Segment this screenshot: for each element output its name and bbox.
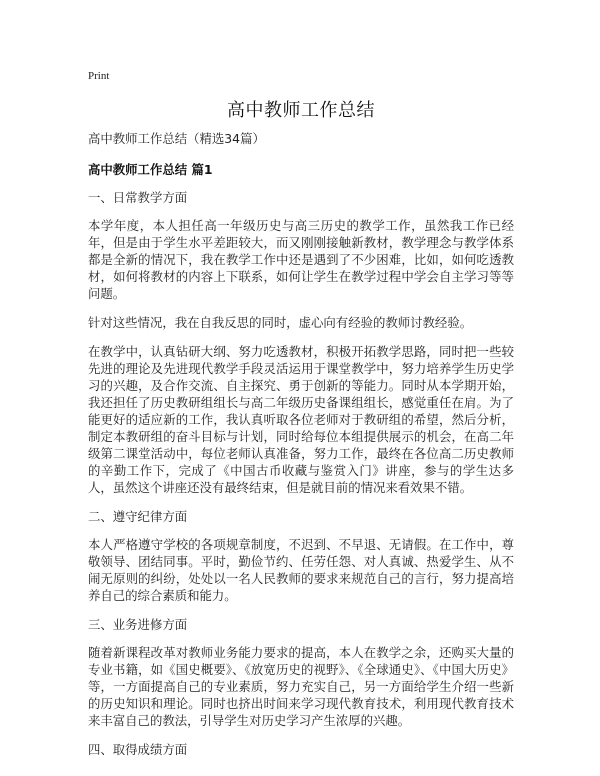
print-label[interactable]: Print [88, 70, 109, 82]
subheading-achievements: 四、取得成绩方面 [88, 741, 514, 758]
document-content: 高中教师工作总结（精选34篇） 高中教师工作总结 篇1 一、日常教学方面 本学年… [88, 130, 514, 769]
paragraph: 随着新课程改革对教师业务能力要求的提高，本人在教学之余，还购买大量的专业书籍，如… [88, 644, 514, 729]
page-title: 高中教师工作总结 [88, 96, 514, 122]
paragraph: 针对这些情况，我在自我反思的同时，虚心向有经验的教师讨教经验。 [88, 314, 514, 331]
paragraph: 在教学中，认真钻研大纲、努力吃透教材，积极开拓教学思路，同时把一些较先进的理论及… [88, 343, 514, 496]
subheading-daily-teaching: 一、日常教学方面 [88, 189, 514, 206]
paragraph: 本人严格遵守学校的各项规章制度，不迟到、不早退、无请假。在工作中，尊敬领导、团结… [88, 536, 514, 604]
subheading-discipline: 二、遵守纪律方面 [88, 508, 514, 525]
section-heading: 高中教师工作总结 篇1 [88, 161, 514, 178]
subheading-professional-study: 三、业务进修方面 [88, 616, 514, 633]
document-subtitle: 高中教师工作总结（精选34篇） [88, 130, 514, 147]
paragraph: 本学年度，本人担任高一年级历史与高三历史的教学工作，虽然我工作已经年，但是由于学… [88, 217, 514, 302]
